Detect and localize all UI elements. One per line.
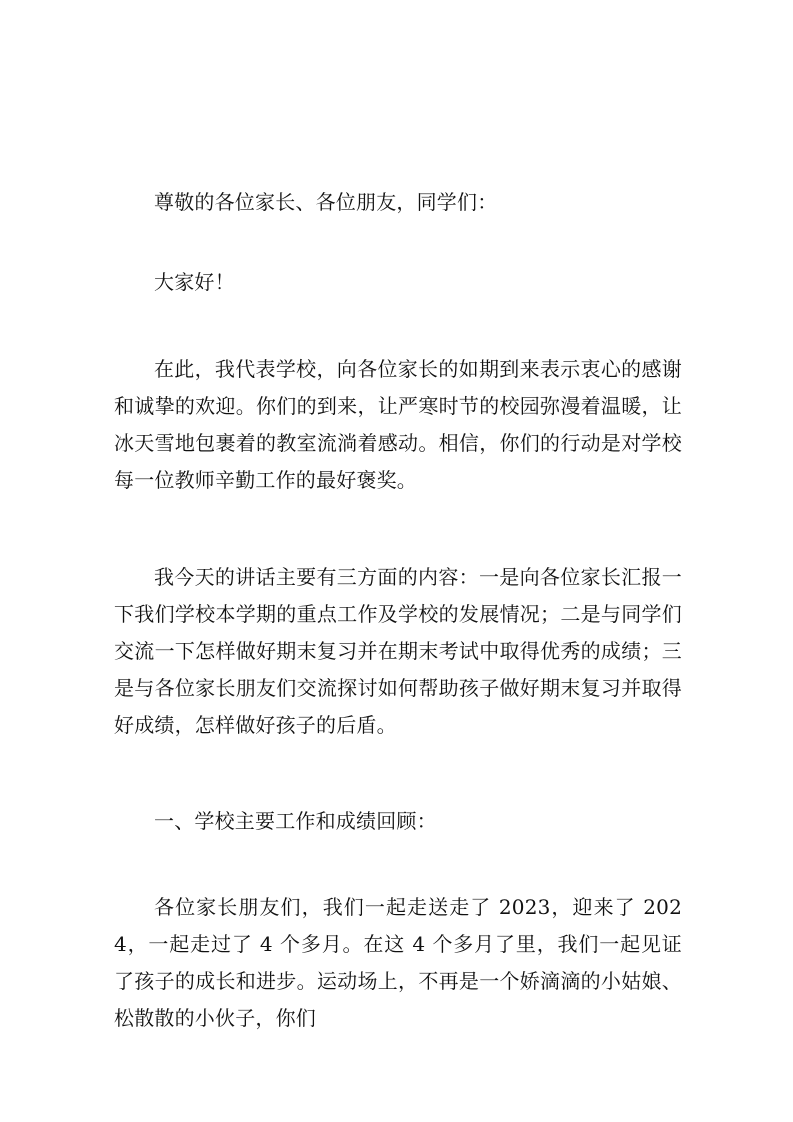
outline-paragraph: 我今天的讲话主要有三方面的内容：一是向各位家长汇报一下我们学校本学期的重点工作及… bbox=[114, 559, 682, 744]
section-heading: 一、学校主要工作和成绩回顾： bbox=[114, 803, 682, 840]
welcome-paragraph: 在此，我代表学校，向各位家长的如期到来表示衷心的感谢和诚挚的欢迎。你们的到来，让… bbox=[114, 351, 682, 499]
salutation-paragraph: 尊敬的各位家长、各位朋友，同学们： bbox=[114, 184, 682, 221]
review-paragraph: 各位家长朋友们，我们一起走送走了 2023，迎来了 2024，一起走过了 4 个… bbox=[114, 889, 682, 1037]
greeting-paragraph: 大家好！ bbox=[114, 264, 682, 301]
